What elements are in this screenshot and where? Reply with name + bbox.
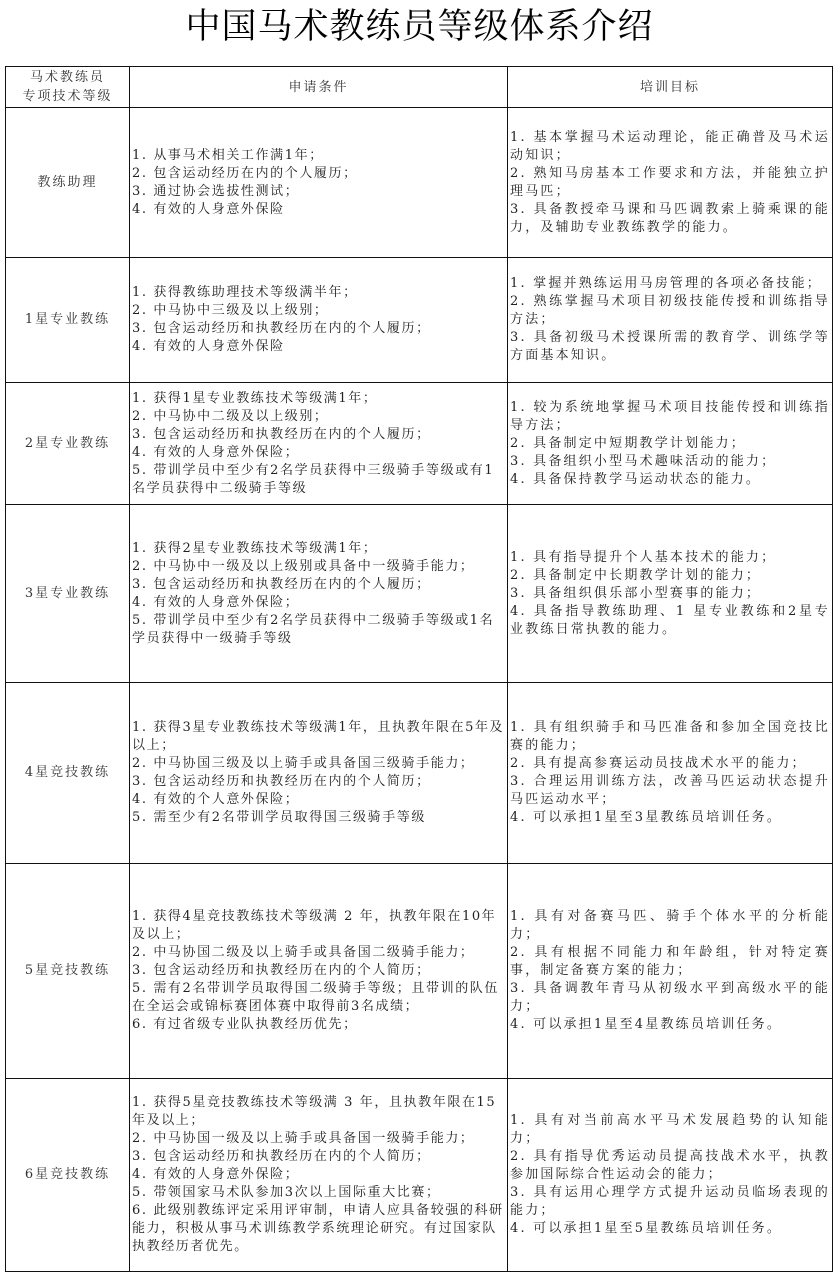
- goals-cell: 1. 具有对当前高水平马术发展趋势的认知能力；2. 具有指导优秀运动员提高技战术…: [508, 1079, 833, 1272]
- requirement-item: 3. 包含运动经历和执教经历在内的个人履历；: [132, 320, 505, 338]
- requirements-list: 1. 获得2星专业教练技术等级满1年；2. 中马协中一级及以上级别或具备中一级骑…: [132, 540, 505, 648]
- requirement-item: 1. 获得教练助理技术等级满半年；: [132, 284, 505, 302]
- level-cell: 6星竞技教练: [6, 1079, 130, 1272]
- requirement-item: 1. 获得2星专业教练技术等级满1年；: [132, 540, 505, 558]
- goal-item: 3. 具有运用心理学方式提升运动员临场表现的能力；: [510, 1184, 830, 1220]
- requirement-item: 5. 带训学员中至少有2名学员获得中二级骑手等级或1名学员获得中一级骑手等级: [132, 612, 505, 648]
- goal-item: 2. 熟知马房基本工作要求和方法，并能独立护理马匹；: [510, 165, 830, 201]
- goal-item: 2. 具备制定中长期教学计划的能力；: [510, 567, 830, 585]
- requirement-item: 3. 通过协会选拔性测试；: [132, 183, 505, 201]
- goals-list: 1. 掌握并熟练运用马房管理的各项必备技能；2. 熟练掌握马术项目初级技能传授和…: [510, 275, 830, 365]
- goal-item: 1. 较为系统地掌握马术项目技能传授和训练指导方法；: [510, 399, 830, 435]
- level-cell: 2星专业教练: [6, 383, 130, 505]
- page-title: 中国马术教练员等级体系介绍: [0, 4, 839, 50]
- requirement-item: 4. 有效的人身意外保险: [132, 338, 505, 356]
- table-row: 6星竞技教练1. 获得5星竞技教练技术等级满 3 年，且执教年限在15年及以上；…: [6, 1079, 833, 1272]
- requirements-list: 1. 获得1星专业教练技术等级满1年；2. 中马协中二级及以上级别；3. 包含运…: [132, 390, 505, 498]
- goals-list: 1. 具有指导提升个人基本技术的能力；2. 具备制定中长期教学计划的能力；3. …: [510, 549, 830, 639]
- goal-item: 2. 具有提高参赛运动员技战术水平的能力；: [510, 755, 830, 773]
- requirements-list: 1. 获得4星竞技教练技术等级满 2 年，执教年限在10年及以上；2. 中马协国…: [132, 908, 505, 1034]
- requirement-item: 1. 从事马术相关工作满1年；: [132, 147, 505, 165]
- level-cell: 5星竞技教练: [6, 864, 130, 1079]
- goals-list: 1. 具有组织骑手和马匹准备和参加全国竞技比赛的能力；2. 具有提高参赛运动员技…: [510, 719, 830, 827]
- goals-cell: 1. 具有组织骑手和马匹准备和参加全国竞技比赛的能力；2. 具有提高参赛运动员技…: [508, 683, 833, 864]
- header-level-line2: 专项技术等级: [8, 87, 127, 106]
- coach-grade-table: 马术教练员 专项技术等级 申请条件 培训目标 教练助理1. 从事马术相关工作满1…: [5, 66, 833, 1272]
- header-goals: 培训目标: [508, 67, 833, 108]
- requirement-item: 2. 中马协国三级及以上骑手或具备国三级骑手能力；: [132, 755, 505, 773]
- requirements-list: 1. 从事马术相关工作满1年；2. 包含运动经历在内的个人履历；3. 通过协会选…: [132, 147, 505, 219]
- table-row: 4星竞技教练1. 获得3星专业教练技术等级满1年，且执教年限在5年及以上；2. …: [6, 683, 833, 864]
- requirements-cell: 1. 获得2星专业教练技术等级满1年；2. 中马协中一级及以上级别或具备中一级骑…: [130, 505, 508, 683]
- goal-item: 3. 具备初级马术授课所需的教育学、训练学等方面基本知识。: [510, 329, 830, 365]
- requirement-item: 1. 获得5星竞技教练技术等级满 3 年，且执教年限在15年及以上；: [132, 1094, 505, 1130]
- requirement-item: 5. 带训学员中至少有2名学员获得中三级骑手等级或有1名学员获得中二级骑手等级: [132, 462, 505, 498]
- level-cell: 4星竞技教练: [6, 683, 130, 864]
- level-cell: 教练助理: [6, 108, 130, 258]
- goals-cell: 1. 具有指导提升个人基本技术的能力；2. 具备制定中长期教学计划的能力；3. …: [508, 505, 833, 683]
- requirement-item: 5. 需有2名带训学员取得国二级骑手等级；且带训的队伍在全运会或锦标赛团体赛中取…: [132, 980, 505, 1016]
- requirements-list: 1. 获得3星专业教练技术等级满1年，且执教年限在5年及以上；2. 中马协国三级…: [132, 719, 505, 827]
- requirements-list: 1. 获得5星竞技教练技术等级满 3 年，且执教年限在15年及以上；2. 中马协…: [132, 1094, 505, 1256]
- goal-item: 2. 具备制定中短期教学计划能力；: [510, 435, 830, 453]
- goal-item: 3. 具备组织俱乐部小型赛事的能力；: [510, 585, 830, 603]
- requirement-item: 2. 中马协中二级及以上级别；: [132, 408, 505, 426]
- goal-item: 3. 具备教授牵马课和马匹调教索上骑乘课的能力，及辅助专业教练教学的能力。: [510, 201, 830, 237]
- table-row: 2星专业教练1. 获得1星专业教练技术等级满1年；2. 中马协中二级及以上级别；…: [6, 383, 833, 505]
- table-row: 教练助理1. 从事马术相关工作满1年；2. 包含运动经历在内的个人履历；3. 通…: [6, 108, 833, 258]
- goal-item: 1. 掌握并熟练运用马房管理的各项必备技能；: [510, 275, 830, 293]
- requirements-cell: 1. 获得5星竞技教练技术等级满 3 年，且执教年限在15年及以上；2. 中马协…: [130, 1079, 508, 1272]
- goal-item: 1. 具有对备赛马匹、骑手个体水平的分析能力；: [510, 908, 830, 944]
- requirement-item: 4. 有效的人身意外保险；: [132, 444, 505, 462]
- requirement-item: 5. 需至少有2名带训学员取得国三级骑手等级: [132, 809, 505, 827]
- goal-item: 1. 基本掌握马术运动理论，能正确普及马术运动知识；: [510, 129, 830, 165]
- table-row: 5星竞技教练1. 获得4星竞技教练技术等级满 2 年，执教年限在10年及以上；2…: [6, 864, 833, 1079]
- goal-item: 4. 可以承担1星至4星教练员培训任务。: [510, 1016, 830, 1034]
- requirement-item: 2. 中马协国一级及以上骑手或具备国一级骑手能力；: [132, 1130, 505, 1148]
- requirements-cell: 1. 获得4星竞技教练技术等级满 2 年，执教年限在10年及以上；2. 中马协国…: [130, 864, 508, 1079]
- goal-item: 4. 可以承担1星至3星教练员培训任务。: [510, 809, 830, 827]
- requirement-item: 3. 包含运动经历和执教经历在内的个人履历；: [132, 426, 505, 444]
- requirement-item: 6. 此级别教练评定采用评审制，申请人应具备较强的科研能力，积极从事马术训练教学…: [132, 1202, 505, 1256]
- requirements-cell: 1. 获得3星专业教练技术等级满1年，且执教年限在5年及以上；2. 中马协国三级…: [130, 683, 508, 864]
- goal-item: 3. 合理运用训练方法，改善马匹运动状态提升马匹运动水平；: [510, 773, 830, 809]
- requirement-item: 1. 获得1星专业教练技术等级满1年；: [132, 390, 505, 408]
- goal-item: 3. 具备组织小型马术趣味活动的能力；: [510, 453, 830, 471]
- requirement-item: 3. 包含运动经历和执教经历在内的个人履历；: [132, 576, 505, 594]
- requirements-cell: 1. 获得教练助理技术等级满半年；2. 中马协中三级及以上级别；3. 包含运动经…: [130, 258, 508, 383]
- requirement-item: 4. 有效的人身意外保险；: [132, 1166, 505, 1184]
- goals-cell: 1. 较为系统地掌握马术项目技能传授和训练指导方法；2. 具备制定中短期教学计划…: [508, 383, 833, 505]
- requirements-cell: 1. 从事马术相关工作满1年；2. 包含运动经历在内的个人履历；3. 通过协会选…: [130, 108, 508, 258]
- goal-item: 4. 具备指导教练助理、1 星专业教练和2星专业教练日常执教的能力。: [510, 603, 830, 639]
- goals-list: 1. 具有对备赛马匹、骑手个体水平的分析能力；2. 具有根据不同能力和年龄组，针…: [510, 908, 830, 1034]
- goals-list: 1. 较为系统地掌握马术项目技能传授和训练指导方法；2. 具备制定中短期教学计划…: [510, 399, 830, 489]
- table-header-row: 马术教练员 专项技术等级 申请条件 培训目标: [6, 67, 833, 108]
- goals-cell: 1. 掌握并熟练运用马房管理的各项必备技能；2. 熟练掌握马术项目初级技能传授和…: [508, 258, 833, 383]
- header-level-line1: 马术教练员: [8, 68, 127, 87]
- requirement-item: 4. 有效的人身意外保险: [132, 201, 505, 219]
- goal-item: 1. 具有对当前高水平马术发展趋势的认知能力；: [510, 1112, 830, 1148]
- goal-item: 4. 具备保持教学马运动状态的能力。: [510, 471, 830, 489]
- requirement-item: 6. 有过省级专业队执教经历优先；: [132, 1016, 505, 1034]
- goal-item: 2. 具有指导优秀运动员提高技战术水平，执教参加国际综合性运动会的能力；: [510, 1148, 830, 1184]
- requirement-item: 2. 中马协中三级及以上级别；: [132, 302, 505, 320]
- requirement-item: 2. 中马协国二级及以上骑手或具备国二级骑手能力；: [132, 944, 505, 962]
- requirement-item: 3. 包含运动经历和执教经历在内的个人简历；: [132, 773, 505, 791]
- requirement-item: 4. 有效的人身意外保险；: [132, 594, 505, 612]
- goals-cell: 1. 基本掌握马术运动理论，能正确普及马术运动知识；2. 熟知马房基本工作要求和…: [508, 108, 833, 258]
- goals-list: 1. 基本掌握马术运动理论，能正确普及马术运动知识；2. 熟知马房基本工作要求和…: [510, 129, 830, 237]
- goal-item: 1. 具有组织骑手和马匹准备和参加全国竞技比赛的能力；: [510, 719, 830, 755]
- goals-cell: 1. 具有对备赛马匹、骑手个体水平的分析能力；2. 具有根据不同能力和年龄组，针…: [508, 864, 833, 1079]
- requirement-item: 5. 带领国家马术队参加3次以上国际重大比赛；: [132, 1184, 505, 1202]
- requirements-cell: 1. 获得1星专业教练技术等级满1年；2. 中马协中二级及以上级别；3. 包含运…: [130, 383, 508, 505]
- requirement-item: 3. 包含运动经历和执教经历在内的个人简历；: [132, 962, 505, 980]
- requirement-item: 3. 包含运动经历和执教经历在内的个人简历；: [132, 1148, 505, 1166]
- requirement-item: 2. 包含运动经历在内的个人履历；: [132, 165, 505, 183]
- goal-item: 2. 熟练掌握马术项目初级技能传授和训练指导方法；: [510, 293, 830, 329]
- header-requirements: 申请条件: [130, 67, 508, 108]
- requirement-item: 2. 中马协中一级及以上级别或具备中一级骑手能力；: [132, 558, 505, 576]
- requirement-item: 4. 有效的个人意外保险；: [132, 791, 505, 809]
- table-row: 1星专业教练1. 获得教练助理技术等级满半年；2. 中马协中三级及以上级别；3.…: [6, 258, 833, 383]
- requirements-list: 1. 获得教练助理技术等级满半年；2. 中马协中三级及以上级别；3. 包含运动经…: [132, 284, 505, 356]
- goal-item: 4. 可以承担1星至5星教练员培训任务。: [510, 1220, 830, 1238]
- level-cell: 1星专业教练: [6, 258, 130, 383]
- requirement-item: 1. 获得3星专业教练技术等级满1年，且执教年限在5年及以上；: [132, 719, 505, 755]
- goal-item: 3. 具备调教年青马从初级水平到高级水平的能力；: [510, 980, 830, 1016]
- goals-list: 1. 具有对当前高水平马术发展趋势的认知能力；2. 具有指导优秀运动员提高技战术…: [510, 1112, 830, 1238]
- goal-item: 1. 具有指导提升个人基本技术的能力；: [510, 549, 830, 567]
- goal-item: 2. 具有根据不同能力和年龄组，针对特定赛事，制定备赛方案的能力；: [510, 944, 830, 980]
- requirement-item: 1. 获得4星竞技教练技术等级满 2 年，执教年限在10年及以上；: [132, 908, 505, 944]
- table-row: 3星专业教练1. 获得2星专业教练技术等级满1年；2. 中马协中一级及以上级别或…: [6, 505, 833, 683]
- header-level: 马术教练员 专项技术等级: [6, 67, 130, 108]
- level-cell: 3星专业教练: [6, 505, 130, 683]
